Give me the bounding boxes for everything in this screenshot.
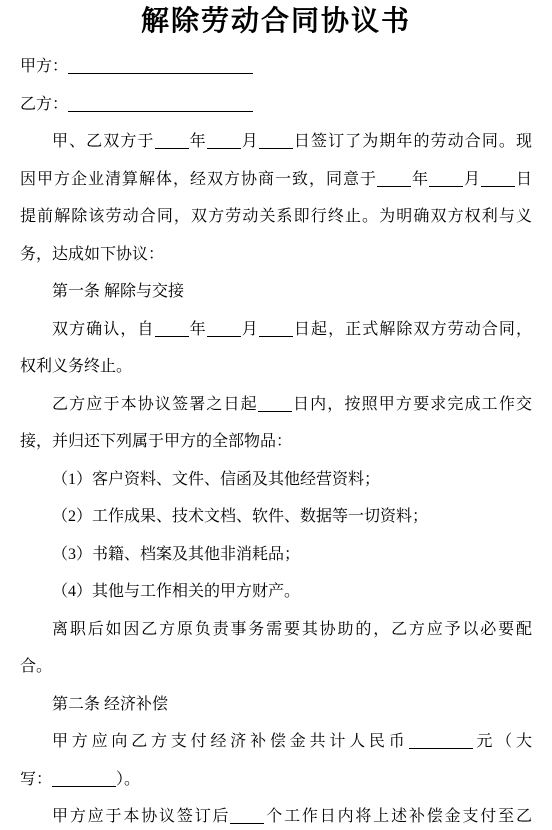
- document-title: 解除劳动合同协议书: [20, 0, 532, 42]
- blank-field[interactable]: [259, 321, 293, 337]
- text-segment: （1）客户资料、文件、信函及其他经营资料；: [52, 471, 380, 488]
- text-segment: 年: [189, 133, 207, 150]
- handover-line-1: 乙方应于本协议签署之日起日内，按照甲方要求完成工作交: [20, 386, 532, 424]
- document-lines: 甲方：乙方：甲、乙双方于年月日签订了为期年的劳动合同。现因甲方企业清算解体，经双…: [20, 48, 532, 830]
- text-segment: 合。: [20, 658, 52, 675]
- text-segment: 乙方：: [20, 96, 68, 113]
- assist-line-2: 合。: [20, 648, 532, 686]
- text-segment: 日: [515, 171, 532, 188]
- text-segment: 离职后如因乙方原负责事务需要其协助的，乙方应予以必要配: [52, 621, 532, 638]
- blank-field[interactable]: [207, 133, 241, 149]
- assist-line-1: 离职后如因乙方原负责事务需要其协助的，乙方应予以必要配: [20, 611, 532, 649]
- compensation-line-1: 甲方应向乙方支付经济补偿金共计人民币元（大: [20, 723, 532, 761]
- blank-field[interactable]: [429, 171, 463, 187]
- text-segment: 月: [463, 171, 481, 188]
- text-segment: 写：: [20, 771, 52, 788]
- party-a-line: 甲方：: [20, 48, 532, 86]
- item-2: （2）工作成果、技术文档、软件、数据等一切资料；: [20, 498, 532, 536]
- text-segment: 权利义务终止。: [20, 358, 132, 375]
- text-segment: （2）工作成果、技术文档、软件、数据等一切资料；: [52, 508, 428, 525]
- text-segment: 乙方应于本协议签署之日起: [52, 396, 258, 413]
- text-segment: 日内，按照甲方要求完成工作交: [292, 396, 532, 413]
- compensation-line-2: 写：）。: [20, 761, 532, 799]
- article-2-heading: 第二条 经济补偿: [20, 686, 532, 724]
- text-segment: 甲方应于本协议签订后: [52, 808, 230, 825]
- blank-field[interactable]: [68, 58, 253, 74]
- intro-line-3: 提前解除该劳动合同，双方劳动关系即行终止。为明确双方权利与义: [20, 198, 532, 236]
- party-b-line: 乙方：: [20, 86, 532, 124]
- text-segment: 日签订了为期年的劳动合同。现: [293, 133, 532, 150]
- article-1-line-1: 双方确认，自年月日起，正式解除双方劳动合同，: [20, 311, 532, 349]
- text-segment: 务，达成如下协议：: [20, 246, 164, 263]
- blank-field[interactable]: [155, 133, 189, 149]
- text-segment: 甲方应向乙方支付经济补偿金共计人民币: [52, 733, 409, 750]
- blank-field[interactable]: [155, 321, 189, 337]
- text-segment: ）。: [116, 771, 140, 788]
- text-segment: 月: [241, 133, 259, 150]
- blank-field[interactable]: [230, 808, 264, 824]
- intro-line-2: 因甲方企业清算解体，经双方协商一致，同意于年月日: [20, 161, 532, 199]
- article-1-line-2: 权利义务终止。: [20, 348, 532, 386]
- text-segment: 日起，正式解除双方劳动合同，: [293, 321, 532, 338]
- blank-field[interactable]: [259, 133, 293, 149]
- blank-field[interactable]: [481, 171, 515, 187]
- item-3: （3）书籍、档案及其他非消耗品；: [20, 536, 532, 574]
- item-1: （1）客户资料、文件、信函及其他经营资料；: [20, 461, 532, 499]
- text-segment: 甲、乙双方于: [52, 133, 155, 150]
- blank-field[interactable]: [68, 96, 253, 112]
- text-segment: 双方确认，自: [52, 321, 155, 338]
- text-segment: 月: [241, 321, 259, 338]
- text-segment: 因甲方企业清算解体，经双方协商一致，同意于: [20, 171, 377, 188]
- text-segment: （4）其他与工作相关的甲方财产。: [52, 583, 300, 600]
- blank-field[interactable]: [258, 396, 292, 412]
- blank-field[interactable]: [377, 171, 411, 187]
- article-1-heading: 第一条 解除与交接: [20, 273, 532, 311]
- intro-line-4: 务，达成如下协议：: [20, 236, 532, 274]
- payment-line-1: 甲方应于本协议签订后个工作日内将上述补偿金支付至乙: [20, 798, 532, 830]
- text-segment: 接，并归还下列属于甲方的全部物品：: [20, 433, 292, 450]
- intro-line-1: 甲、乙双方于年月日签订了为期年的劳动合同。现: [20, 123, 532, 161]
- blank-field[interactable]: [52, 771, 116, 787]
- text-segment: 年: [411, 171, 429, 188]
- handover-line-2: 接，并归还下列属于甲方的全部物品：: [20, 423, 532, 461]
- text-segment: 甲方：: [20, 58, 68, 75]
- text-segment: 提前解除该劳动合同，双方劳动关系即行终止。为明确双方权利与义: [20, 208, 532, 225]
- text-segment: 个工作日内将上述补偿金支付至乙: [264, 808, 532, 825]
- blank-field[interactable]: [207, 321, 241, 337]
- text-segment: （3）书籍、档案及其他非消耗品；: [52, 546, 300, 563]
- text-segment: 年: [189, 321, 207, 338]
- text-segment: 元（大: [473, 733, 532, 750]
- item-4: （4）其他与工作相关的甲方财产。: [20, 573, 532, 611]
- text-segment: 第二条 经济补偿: [52, 696, 168, 713]
- blank-field[interactable]: [409, 733, 473, 749]
- document-page: 解除劳动合同协议书 甲方：乙方：甲、乙双方于年月日签订了为期年的劳动合同。现因甲…: [0, 0, 552, 830]
- text-segment: 第一条 解除与交接: [52, 283, 184, 300]
